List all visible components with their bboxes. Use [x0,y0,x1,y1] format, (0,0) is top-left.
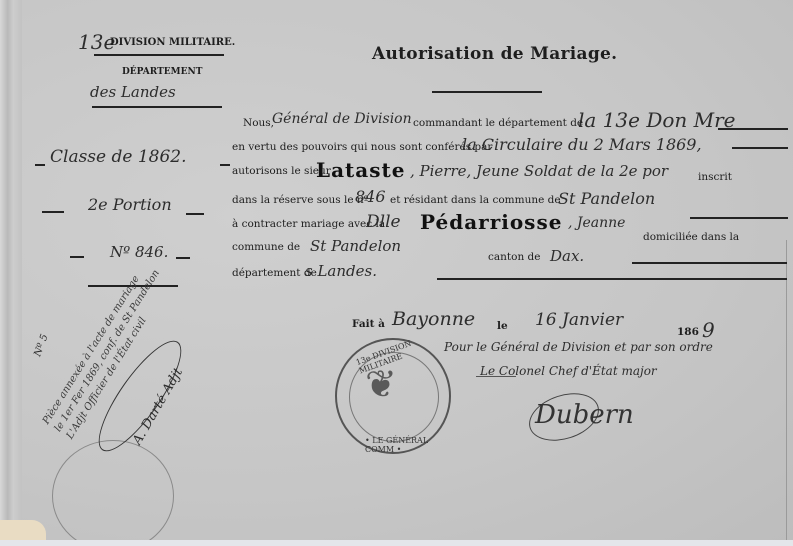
fait-label: Fait à [352,318,385,330]
portion-value: 2e Portion [88,195,172,214]
official-stamp: ❦ 13e DIVISION MILITAIRE • LE GÉNÉRAL CO… [335,338,451,454]
autorisons-value: , Pierre, Jeune Soldat de la 2e por [410,162,668,180]
departement-rule [92,106,222,108]
bottom-bar [0,540,793,546]
page-title: Autorisation de Mariage. [372,44,617,64]
dash [220,164,230,166]
soldier-name: Lataste [316,158,405,182]
dash [70,256,84,258]
dash [176,257,190,259]
nous-label: Nous, [243,117,274,129]
fill-rule [718,128,788,130]
contracter-label: à contracter mariage avec la [232,218,385,230]
stamp-bottom-text: • LE GÉNÉRAL COMM • [365,436,449,454]
contracter-value: , Jeanne [568,215,625,231]
departement-label: DÉPARTEMENT [122,67,202,77]
fill-rule [690,217,788,219]
fill-rule [632,262,787,264]
division-label: DIVISION MILITAIRE. [110,37,235,48]
date-value: 16 Janvier [535,310,623,330]
pouvoirs-label: en vertu des pouvoirs qui nous sont conf… [232,141,492,153]
commander-signature: Dubern [535,400,634,430]
dash [42,211,64,213]
numero-value: Nº 846. [110,243,168,261]
departement-value: des Landes [90,83,176,101]
le-label: le [497,320,508,332]
pouvoirs-value: la Circulaire du 2 Mars 1869, [462,135,702,154]
pour-line: Pour le Général de Division et par son o… [444,340,713,354]
bride-name: Pédarriosse [420,210,562,234]
domiciliee-label: domiciliée dans la [643,231,739,243]
page-edge [786,240,793,540]
canton-value: Dax. [550,247,584,265]
commandant-value: la 13e Don Mre [578,108,736,132]
dash [35,164,45,166]
document-page: 13e DIVISION MILITAIRE. DÉPARTEMENT des … [0,0,793,540]
classe-value: Classe de 1862. [50,147,187,167]
fill-rule [476,376,516,377]
page-fold [0,0,22,540]
commandant-label: commandant le département de [413,117,583,129]
margin-ref: Nº 5 [32,333,50,358]
header-rule [94,54,224,56]
commune-label: commune de [232,241,300,253]
fait-value: Bayonne [392,308,475,330]
departement-body-value: s Landes. [305,262,377,280]
fill-rule [732,147,788,149]
residant-value: St Pandelon [558,189,655,208]
residant-label: et résidant dans la commune de [390,194,561,206]
year-hand: 9 [702,318,715,342]
dash [186,213,204,215]
title-rule [432,91,542,93]
contracter-prefix: Dlle [366,212,401,232]
nous-value: Général de Division [272,111,412,127]
reserve-value: 846 [355,187,386,206]
canton-label: canton de [488,251,540,263]
inscrit-label: inscrit [698,171,732,183]
year-print: 186 [677,326,699,338]
reserve-label: dans la réserve sous le nº [232,194,369,206]
faded-stamp [52,440,174,540]
commune-value: St Pandelon [310,237,401,255]
fill-rule [437,278,787,280]
